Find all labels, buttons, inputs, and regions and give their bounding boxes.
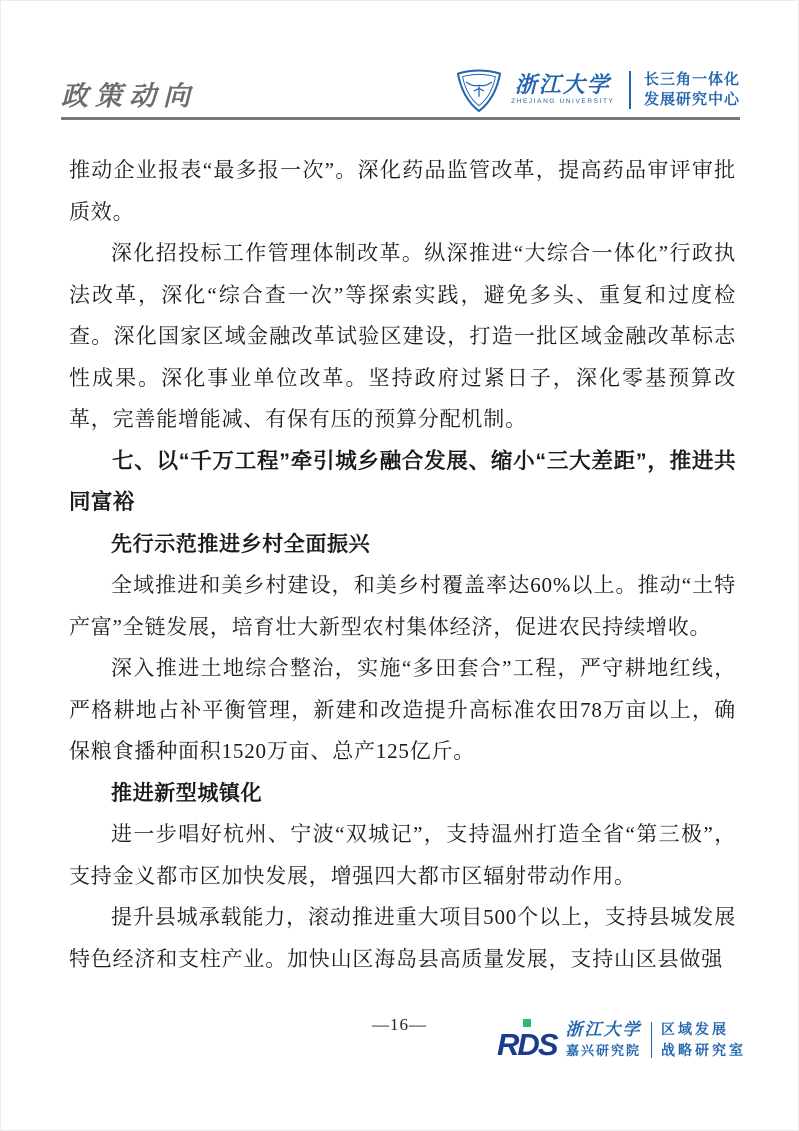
rds-university-cn: 浙江大学 <box>566 1022 642 1039</box>
rds-green-square-icon <box>523 1019 531 1027</box>
center-name-line1: 长三角一体化 <box>644 70 740 90</box>
zju-emblem-icon <box>454 65 504 115</box>
rds-dept-line1: 区域发展 <box>661 1019 746 1039</box>
masthead-title: 政策动向 <box>61 74 197 115</box>
paragraph: 全域推进和美乡村建设，和美乡村覆盖率达60%以上。推动“土特产富”全链发展，培育… <box>69 565 736 648</box>
paragraph: 提升县城承载能力，滚动推进重大项目500个以上，支持县城发展特色经济和支柱产业。… <box>69 897 736 980</box>
header-rule <box>61 117 740 120</box>
document-page: 政策动向 浙江大学 ZHEJIANG UNIVERSITY 长三角一体化 发展研… <box>0 0 799 1131</box>
zju-university-cn: 浙江大学 <box>515 74 611 96</box>
zju-header-logo: 浙江大学 ZHEJIANG UNIVERSITY 长三角一体化 发展研究中心 <box>454 65 740 115</box>
center-name-block: 长三角一体化 发展研究中心 <box>644 70 740 111</box>
zju-university-en: ZHEJIANG UNIVERSITY <box>511 99 614 106</box>
rds-department-block: 区域发展 战略研究室 <box>661 1019 746 1060</box>
document-body: 推动企业报表“最多报一次”。深化药品监管改革，提高药品审评审批质效。 深化招投标… <box>69 150 736 980</box>
rds-dept-line2: 战略研究室 <box>661 1040 746 1060</box>
rds-acronym: RDS <box>497 1027 556 1062</box>
logo-divider <box>651 1022 653 1058</box>
sub-heading: 先行示范推进乡村全面振兴 <box>69 524 736 566</box>
paragraph: 进一步唱好杭州、宁波“双城记”，支持温州打造全省“第三极”，支持金义都市区加快发… <box>69 814 736 897</box>
page-header: 政策动向 浙江大学 ZHEJIANG UNIVERSITY 长三角一体化 发展研… <box>61 51 740 115</box>
paragraph: 深入推进土地综合整治，实施“多田套合”工程，严守耕地红线，严格耕地占补平衡管理，… <box>69 648 736 773</box>
section-heading: 七、以“千万工程”牵引城乡融合发展、缩小“三大差距”，推进共同富裕 <box>69 441 736 524</box>
zju-name-block: 浙江大学 ZHEJIANG UNIVERSITY <box>511 74 614 106</box>
rds-mark: RDS <box>497 1019 556 1060</box>
logo-divider <box>629 71 631 109</box>
rds-institute: 嘉兴研究院 <box>566 1044 641 1057</box>
paragraph: 推动企业报表“最多报一次”。深化药品监管改革，提高药品审评审批质效。 <box>69 150 736 233</box>
center-name-line2: 发展研究中心 <box>644 90 740 110</box>
rds-footer-logo: RDS 浙江大学 嘉兴研究院 区域发展 战略研究室 <box>497 1019 746 1060</box>
sub-heading: 推进新型城镇化 <box>69 773 736 815</box>
paragraph: 深化招投标工作管理体制改革。纵深推进“大综合一体化”行政执法改革，深化“综合查一… <box>69 233 736 441</box>
rds-institute-block: 浙江大学 嘉兴研究院 <box>566 1022 642 1057</box>
